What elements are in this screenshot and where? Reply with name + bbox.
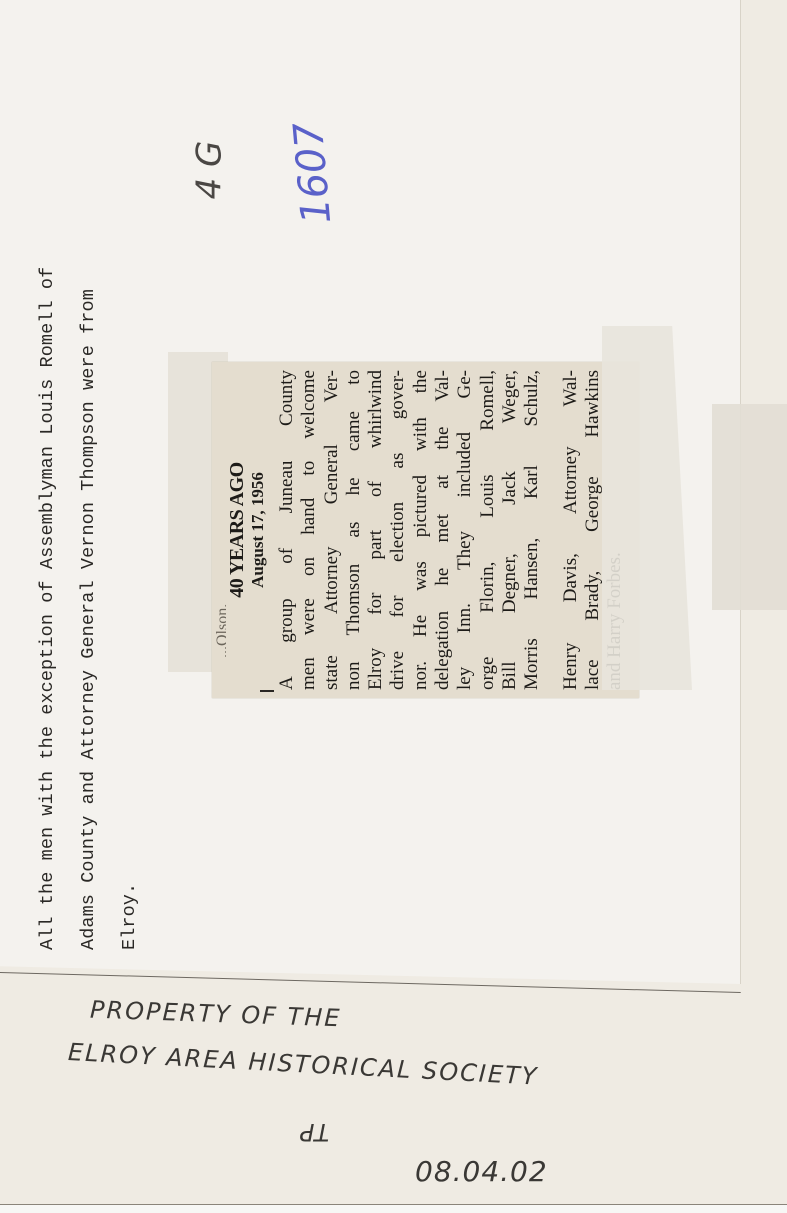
clipping-cut-off-line: ...Olson. [214,604,226,658]
clipping-line: ley Inn. They included Ge- [454,370,476,690]
clipping-line: A group of Juneau County [276,370,298,690]
clipping-body: A group of Juneau County men were on han… [276,370,626,690]
clipping-line: nor. He was pictured with the [410,370,432,690]
paragraph-gap [544,370,560,690]
clipping-line: lace Brady, George Hawkins [582,370,604,690]
clipping-line: men were on hand to welcome [298,370,320,690]
newspaper-clipping: ...Olson. 40 YEARS AGO August 17, 1956 A… [212,362,639,698]
typed-caption: All the men with the exception of Assemb… [27,50,150,950]
caption-line: Elroy. [109,50,150,950]
handwritten-date: 08.04.02 [415,1155,548,1188]
tape-far-right [712,404,787,610]
clipping-line: Morris Hansen, Karl Schulz, [521,370,543,690]
clipping-line: non Thomson as he came to [343,370,365,690]
clipping-line: Henry Davis, Attorney Wal- [560,370,582,690]
clipping-line: Bill Degner, Jack Weger, [499,370,521,690]
scan-margin [0,1205,787,1213]
clipping-heading: 40 YEARS AGO [226,362,248,698]
catalog-number: 1607 [286,120,341,225]
caption-line: Adams County and Attorney General Vernon… [68,50,109,950]
clipping-line: Elroy for part of whirlwind [365,370,387,690]
clipping-line: orge Florin, Louis Romell, [477,370,499,690]
clipping-line: drive for election as gover- [387,370,409,690]
clipping-line: delegation he met at the Val- [432,370,454,690]
clipping-date: August 17, 1956 [248,362,268,698]
initials: TP [300,1118,329,1146]
caption-line: All the men with the exception of Assemb… [27,50,68,950]
clipping-text: ...Olson. 40 YEARS AGO August 17, 1956 A… [212,362,639,698]
clipping-dash [260,690,274,692]
pencil-mark: 4 G [189,141,229,200]
clipping-line: state Attorney General Ver- [321,370,343,690]
